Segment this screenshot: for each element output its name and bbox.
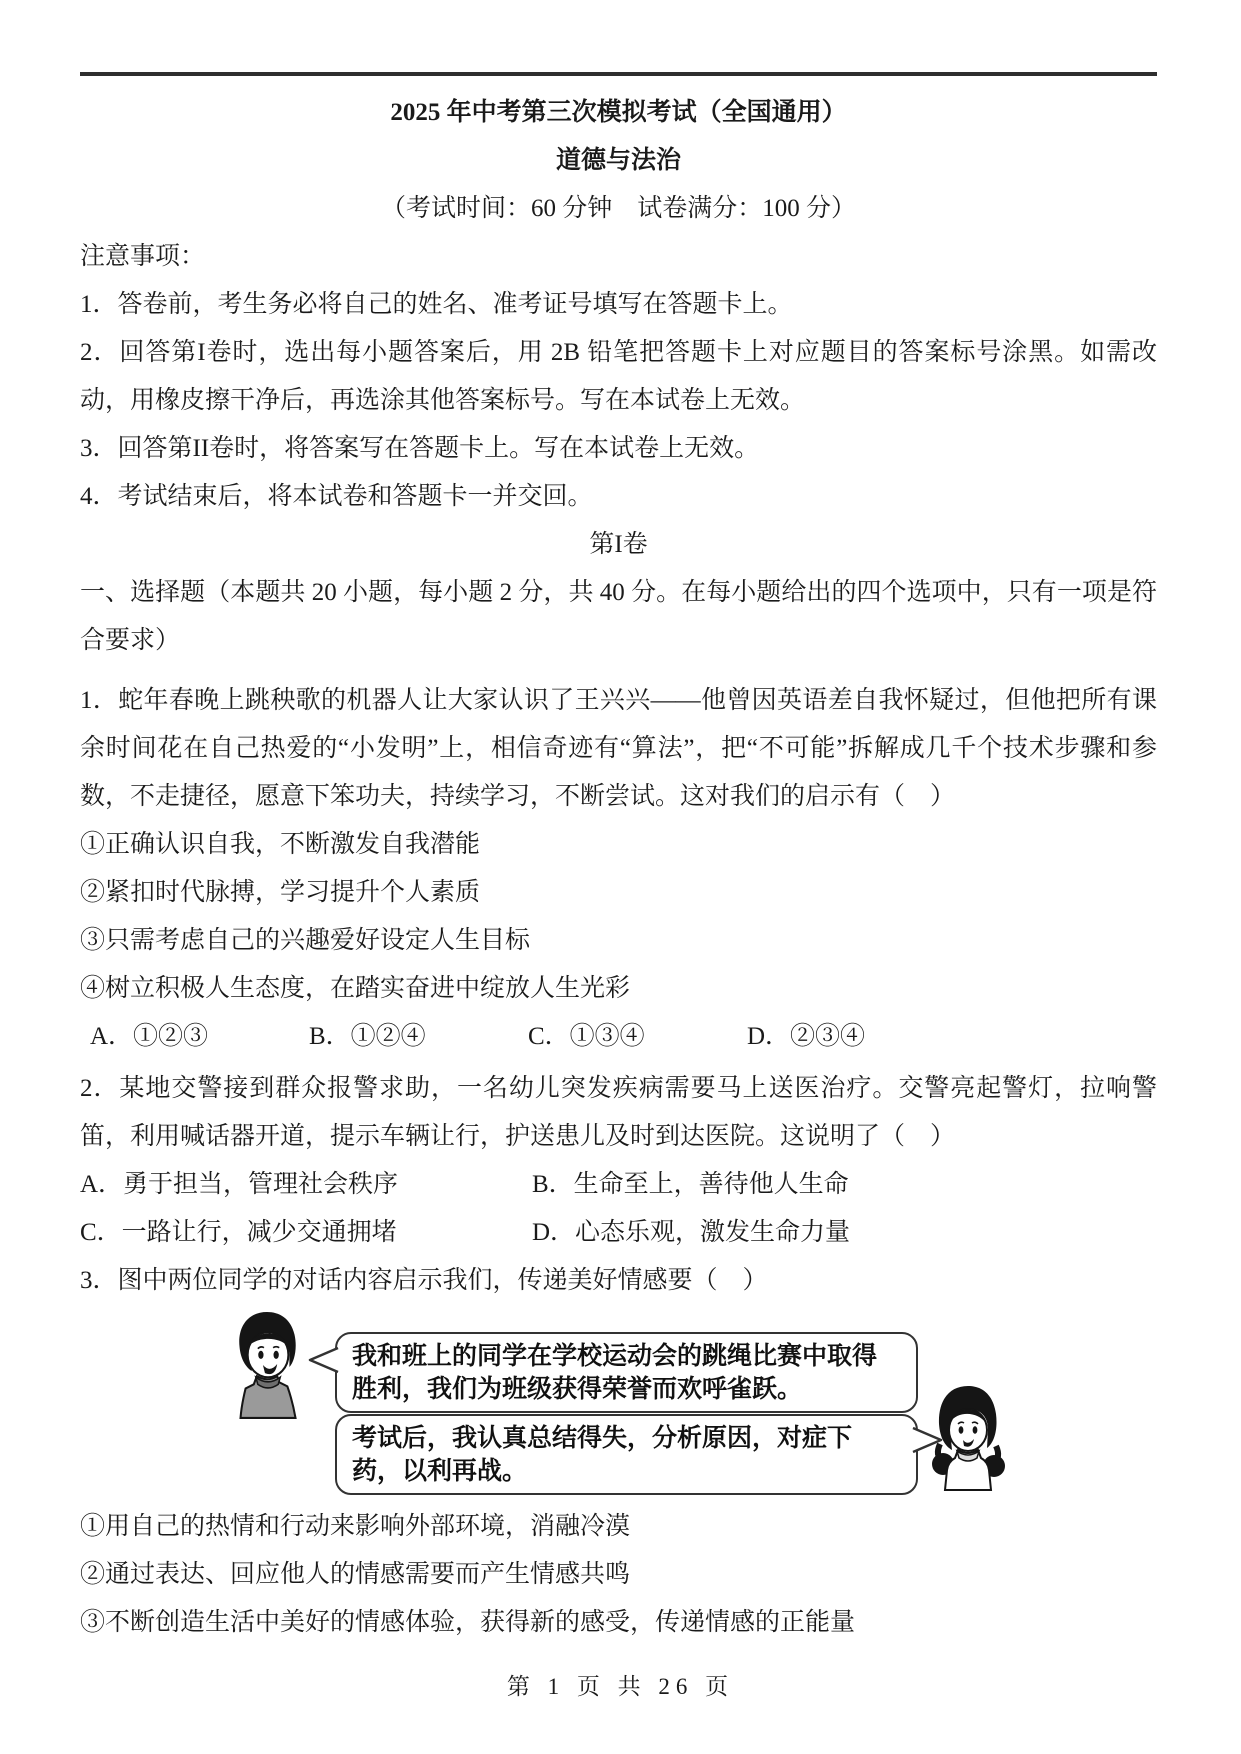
question-2-option-b: B．生命至上，善待他人生命: [532, 1161, 1157, 1209]
question-2-option-d: D．心态乐观，激发生命力量: [532, 1209, 1157, 1257]
question-3-dialog-figure: 我和班上的同学在学校运动会的跳绳比赛中取得胜利，我们为班级获得荣誉而欢呼雀跃。 …: [80, 1305, 1157, 1515]
question-1-option-d: D．②③④: [747, 1013, 865, 1061]
exam-info: （考试时间：60 分钟 试卷满分：100 分）: [80, 185, 1157, 233]
note-item-2: 2．回答第I卷时，选出每小题答案后，用 2B 铅笔把答题卡上对应题目的答案标号涂…: [80, 329, 1157, 425]
note-item-1: 1．答卷前，考生务必将自己的姓名、准考证号填写在答题卡上。: [80, 281, 1157, 329]
question-1-options: A．①②③ B．①②④ C．①③④ D．②③④: [80, 1013, 1157, 1061]
question-1-option-a: A．①②③: [90, 1013, 309, 1061]
volume-heading: 第I卷: [80, 521, 1157, 569]
exam-subject: 道德与法治: [80, 137, 1157, 185]
bubble-tail-right: [912, 1426, 944, 1454]
boy-student-illustration: [231, 1309, 303, 1426]
question-3-statement-2: ②通过表达、回应他人的情感需要而产生情感共鸣: [80, 1551, 1157, 1599]
exam-page: 2025 年中考第三次模拟考试（全国通用） 道德与法治 （考试时间：60 分钟 …: [0, 72, 1241, 1647]
question-2-options-row-1: A．勇于担当，管理社会秩序 B．生命至上，善待他人生命: [80, 1161, 1157, 1209]
dialog-bubble-boy: 我和班上的同学在学校运动会的跳绳比赛中取得胜利，我们为班级获得荣誉而欢呼雀跃。: [335, 1332, 918, 1413]
question-1-statement-1: ①正确认识自我，不断激发自我潜能: [80, 821, 1157, 869]
question-3-statement-3: ③不断创造生活中美好的情感体验，获得新的感受，传递情感的正能量: [80, 1599, 1157, 1647]
section-intro: 一、选择题（本题共 20 小题，每小题 2 分，共 40 分。在每小题给出的四个…: [80, 569, 1157, 665]
question-1-statement-4: ④树立积极人生态度，在踏实奋进中绽放人生光彩: [80, 965, 1157, 1013]
question-1-statement-2: ②紧扣时代脉搏，学习提升个人素质: [80, 869, 1157, 917]
question-3-statements: ①用自己的热情和行动来影响外部环境，消融冷漠 ②通过表达、回应他人的情感需要而产…: [80, 1503, 1157, 1647]
question-1-option-c: C．①③④: [528, 1013, 747, 1061]
question-2-option-c: C．一路让行，减少交通拥堵: [80, 1209, 532, 1257]
question-1-option-b: B．①②④: [309, 1013, 528, 1061]
notes-heading: 注意事项：: [80, 233, 1157, 281]
note-item-4: 4．考试结束后，将本试卷和答题卡一并交回。: [80, 473, 1157, 521]
question-2-options-row-2: C．一路让行，减少交通拥堵 D．心态乐观，激发生命力量: [80, 1209, 1157, 1257]
page-footer: 第 1 页 共 26 页: [0, 1668, 1241, 1701]
bubble-tail-left: [307, 1346, 339, 1374]
note-item-3: 3．回答第II卷时，将答案写在答题卡上。写在本试卷上无效。: [80, 425, 1157, 473]
question-2-stem: 2．某地交警接到群众报警求助，一名幼儿突发疾病需要马上送医治疗。交警亮起警灯，拉…: [80, 1065, 1157, 1161]
header-rule: [80, 72, 1157, 76]
question-1-statement-3: ③只需考虑自己的兴趣爱好设定人生目标: [80, 917, 1157, 965]
dialog-bubble-girl: 考试后，我认真总结得失，分析原因，对症下药，以利再战。: [335, 1414, 918, 1495]
question-3-stem: 3．图中两位同学的对话内容启示我们，传递美好情感要（ ）: [80, 1257, 1157, 1305]
question-1-stem: 1．蛇年春晚上跳秧歌的机器人让大家认识了王兴兴——他曾因英语差自我怀疑过，但他把…: [80, 677, 1157, 821]
exam-title: 2025 年中考第三次模拟考试（全国通用）: [80, 89, 1157, 137]
question-2-option-a: A．勇于担当，管理社会秩序: [80, 1161, 532, 1209]
